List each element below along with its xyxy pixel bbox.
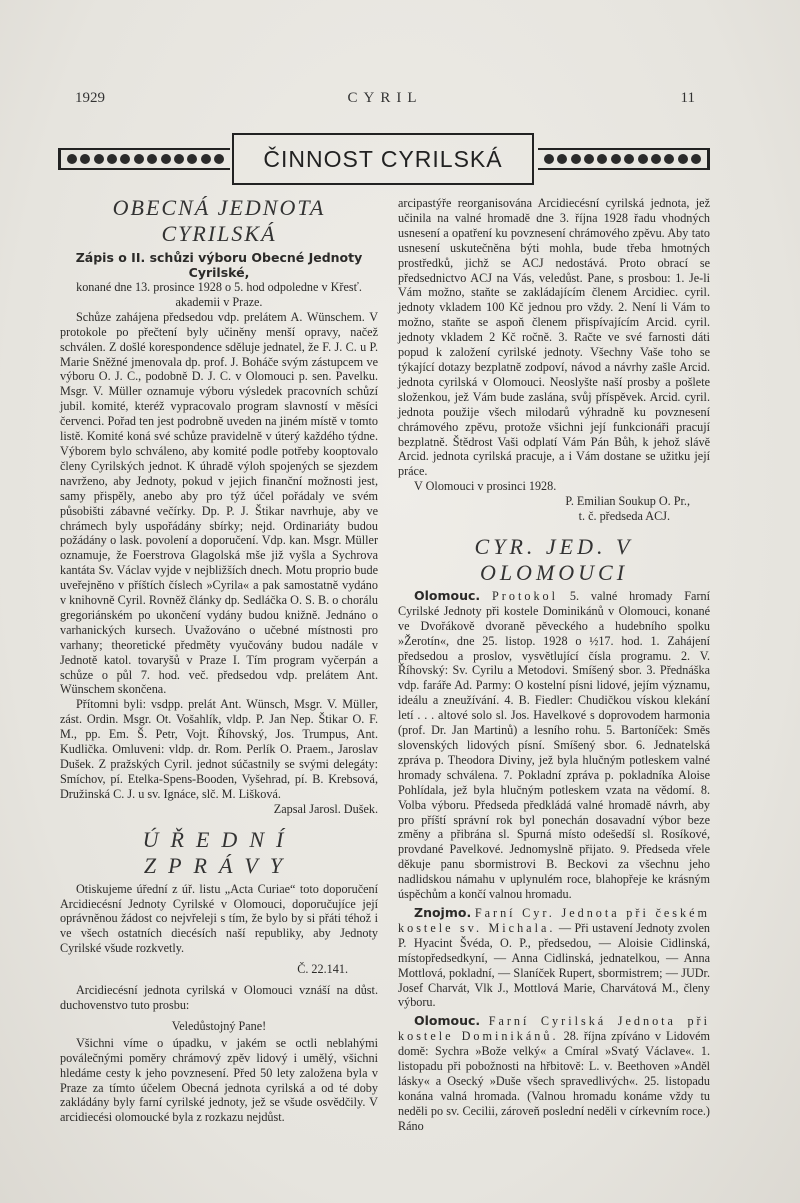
ornament-dot <box>187 154 197 164</box>
ornament-dot <box>147 154 157 164</box>
ornament-dot <box>597 154 607 164</box>
ornament-dot <box>174 154 184 164</box>
ornament-dot <box>201 154 211 164</box>
ornament-dot <box>80 154 90 164</box>
ornament-dot <box>67 154 77 164</box>
salutation: Veledůstojný Pane! <box>60 1019 378 1034</box>
dot-ornament-left <box>58 148 230 170</box>
minutes-body: Schůze zahájena předsedou vdp. prelátem … <box>60 310 378 698</box>
letter-start: Všichni víme o úpadku, v jakém se octli … <box>60 1036 378 1125</box>
znojmo-report: Znojmo. Farní Cyr. Jednota při českém ko… <box>398 906 710 1010</box>
ornament-dot <box>664 154 674 164</box>
lead-olomouc-2: Olomouc. <box>414 1013 480 1028</box>
ornament-dot <box>651 154 661 164</box>
page-number: 11 <box>681 90 695 107</box>
request-line: Arcidiecésní jednota cyrilská v Olomouci… <box>60 983 378 1013</box>
minutes-signature: Zapsal Jarosl. Dušek. <box>60 802 378 817</box>
minutes-subtitle: Zápis o II. schůzi výboru Obecné Jednoty… <box>60 250 378 280</box>
olomouc-protocol: Olomouc. Protokol 5. valné hromady Farní… <box>398 589 710 902</box>
ornament-dot <box>691 154 701 164</box>
lead-znojmo: Znojmo. <box>414 905 471 920</box>
signatory: P. Emilian Soukup O. Pr., <box>398 494 710 509</box>
dot-ornament-right <box>538 148 710 170</box>
ornament-dot <box>624 154 634 164</box>
running-head: 1929 CYRIL 11 <box>75 90 695 112</box>
letter-continuation: arcipastýře reorganisována Arcidiecésní … <box>398 196 710 479</box>
lead-olomouc: Olomouc. <box>414 588 480 603</box>
place-date: V Olomouci v prosinci 1928. <box>398 479 710 494</box>
journal-title: CYRIL <box>75 90 695 107</box>
dateline: konané dne 13. prosince 1928 o 5. hod od… <box>60 280 378 310</box>
ornament-dot <box>571 154 581 164</box>
ornament-dot <box>544 154 554 164</box>
ornament-dot <box>107 154 117 164</box>
ornament-dot <box>557 154 567 164</box>
olomouc-dominican-report: Olomouc. Farní Cyrilská Jednota při kost… <box>398 1014 710 1133</box>
ornament-dot <box>120 154 130 164</box>
section-title-obecna-jednota: OBECNÁ JEDNOTA CYRILSKÁ <box>60 195 378 247</box>
ornament-dot <box>638 154 648 164</box>
reference-number: Č. 22.141. <box>60 962 378 977</box>
ornament-dot <box>134 154 144 164</box>
magazine-page: 1929 CYRIL 11 ČINNOST CYRILSKÁ OBECNÁ JE… <box>0 0 800 1203</box>
ornament-dot <box>678 154 688 164</box>
section-title-cyr-jed-olomouc: CYR. JED. V OLOMOUCI <box>398 534 710 586</box>
section-title-uredni-zpravy: ÚŘEDNÍ ZPRÁVY <box>60 827 378 879</box>
ornament-dot <box>94 154 104 164</box>
signatory-role: t. č. předseda ACJ. <box>398 509 710 524</box>
official-intro: Otiskujeme úřední z úř. listu „Acta Curi… <box>60 882 378 957</box>
ornament-dot <box>584 154 594 164</box>
attendance: Přítomni byli: vsdpp. prelát Ant. Wünsch… <box>60 697 378 801</box>
protocol-label: Protokol <box>492 589 558 603</box>
banner-title: ČINNOST CYRILSKÁ <box>232 133 534 185</box>
right-column: arcipastýře reorganisována Arcidiecésní … <box>398 196 710 1134</box>
ornament-dot <box>214 154 224 164</box>
protocol-body: 5. valné hromady Farní Cyrilské Jednoty … <box>398 589 710 901</box>
ornament-dot <box>161 154 171 164</box>
ornament-dot <box>611 154 621 164</box>
left-column: OBECNÁ JEDNOTA CYRILSKÁ Zápis o II. schů… <box>60 195 378 1125</box>
dominican-body: 28. října zpíváno v Lidovém domě: Sychra… <box>398 1029 710 1132</box>
section-banner: ČINNOST CYRILSKÁ <box>58 133 710 185</box>
